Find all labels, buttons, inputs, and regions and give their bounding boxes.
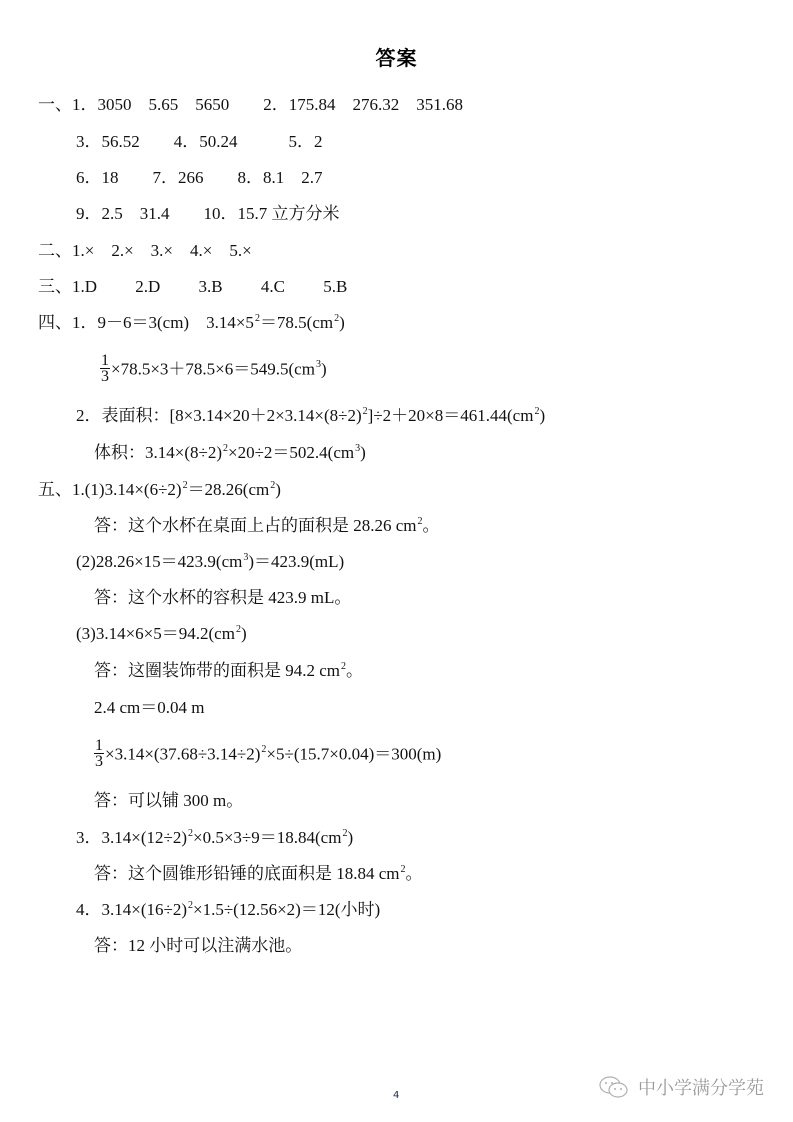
text-segment: (3)3.14×6×5＝94.2(cm bbox=[76, 624, 235, 643]
text-segment: 答：这个水杯的容积是 423.9 mL。 bbox=[94, 588, 351, 607]
text-segment: ) bbox=[339, 313, 345, 332]
superscript: 2 bbox=[270, 480, 275, 491]
text-segment: 3．3.14×(12÷2) bbox=[76, 828, 187, 847]
text-segment: ) bbox=[347, 828, 353, 847]
fraction: 13 bbox=[100, 353, 110, 384]
superscript: 2 bbox=[223, 443, 228, 454]
text-segment: ×20÷2＝502.4(cm bbox=[228, 443, 354, 462]
answer-line-s5-q2-ans: 答：可以铺 300 m。 bbox=[94, 790, 243, 812]
text-segment: 3．56.52 4．50.24 5．2 bbox=[76, 132, 323, 151]
text-segment: 答：可以铺 300 m。 bbox=[94, 791, 243, 810]
page-number: 4 bbox=[393, 1090, 399, 1101]
text-segment: 答：这圈装饰带的面积是 94.2 cm bbox=[94, 661, 340, 680]
text-segment: 一、1．3050 5.65 5650 2．175.84 276.32 351.6… bbox=[38, 95, 463, 114]
text-segment: ]÷2＋20×8＝461.44(cm bbox=[368, 406, 534, 425]
fraction-denominator: 3 bbox=[94, 754, 104, 769]
wechat-icon bbox=[598, 1075, 630, 1099]
text-segment: 四、1．9－6＝3(cm) 3.14×5 bbox=[38, 313, 254, 332]
answer-line-s5-q3: 3．3.14×(12÷2)2×0.5×3÷9＝18.84(cm2) bbox=[76, 827, 353, 852]
superscript: 2 bbox=[188, 828, 193, 839]
text-segment: 。 bbox=[423, 516, 440, 535]
text-segment: ) bbox=[539, 406, 545, 425]
superscript: 2 bbox=[418, 516, 423, 527]
superscript: 3 bbox=[355, 443, 360, 454]
text-segment: ×3.14×(37.68÷3.14÷2) bbox=[105, 744, 260, 763]
answer-line-s5-q4-ans: 答：12 小时可以注满水池。 bbox=[94, 935, 302, 957]
text-segment: )＝423.9(mL) bbox=[248, 552, 344, 571]
text-segment: ) bbox=[321, 359, 327, 378]
text-segment: ×78.5×3＋78.5×6＝549.5(cm bbox=[111, 359, 315, 378]
text-segment: ＝28.26(cm bbox=[188, 480, 270, 499]
text-segment: 体积：3.14×(8÷2) bbox=[94, 443, 222, 462]
text-segment: 4．3.14×(16÷2) bbox=[76, 900, 187, 919]
text-segment: 9．2.5 31.4 10．15.7 立方分米 bbox=[76, 204, 340, 223]
text-segment: 答：12 小时可以注满水池。 bbox=[94, 936, 302, 955]
superscript: 2 bbox=[261, 744, 266, 755]
answer-line-s5-q2-a: 2.4 cm＝0.04 m bbox=[94, 697, 205, 719]
watermark: 中小学满分学苑 bbox=[598, 1074, 764, 1100]
watermark-text: 中小学满分学苑 bbox=[638, 1074, 764, 1100]
fraction-denominator: 3 bbox=[100, 369, 110, 384]
superscript: 3 bbox=[243, 552, 248, 563]
fraction-numerator: 1 bbox=[100, 353, 110, 369]
text-segment: 。 bbox=[406, 864, 423, 883]
answer-line-s5-q2-b: 13×3.14×(37.68÷3.14÷2)2×5÷(15.7×0.04)＝30… bbox=[94, 740, 441, 771]
answer-line-s5-q4: 4．3.14×(16÷2)2×1.5÷(12.56×2)＝12(小时) bbox=[76, 899, 380, 924]
superscript: 2 bbox=[188, 900, 193, 911]
text-segment: 答：这个水杯在桌面上占的面积是 28.26 cm bbox=[94, 516, 417, 535]
answer-line-s5-q1-2-ans: 答：这个水杯的容积是 423.9 mL。 bbox=[94, 587, 351, 609]
fraction: 13 bbox=[94, 738, 104, 769]
answer-line-s5-q1-1-ans: 答：这个水杯在桌面上占的面积是 28.26 cm2。 bbox=[94, 515, 440, 540]
text-segment: ＝78.5(cm bbox=[260, 313, 333, 332]
text-segment: ×0.5×3÷9＝18.84(cm bbox=[193, 828, 341, 847]
answer-line-s1-row2: 3．56.52 4．50.24 5．2 bbox=[76, 131, 323, 153]
answer-line-s5-q3-ans: 答：这个圆锥形铅锤的底面积是 18.84 cm2。 bbox=[94, 863, 423, 888]
superscript: 2 bbox=[342, 828, 347, 839]
text-segment: ×1.5÷(12.56×2)＝12(小时) bbox=[193, 900, 380, 919]
superscript: 3 bbox=[316, 359, 321, 370]
text-segment: ) bbox=[360, 443, 366, 462]
answer-line-s1-row1: 一、1．3050 5.65 5650 2．175.84 276.32 351.6… bbox=[38, 94, 463, 116]
answer-line-s1-row3: 6．18 7．266 8．8.1 2.7 bbox=[76, 167, 323, 189]
text-segment: ×5÷(15.7×0.04)＝300(m) bbox=[266, 744, 441, 763]
text-segment: ) bbox=[275, 480, 281, 499]
superscript: 2 bbox=[255, 313, 260, 324]
superscript: 2 bbox=[363, 406, 368, 417]
superscript: 2 bbox=[534, 406, 539, 417]
answer-line-s4-q1-b: 13×78.5×3＋78.5×6＝549.5(cm3) bbox=[100, 355, 327, 386]
text-segment: 答：这个圆锥形铅锤的底面积是 18.84 cm bbox=[94, 864, 400, 883]
text-segment: 二、1.× 2.× 3.× 4.× 5.× bbox=[38, 241, 252, 260]
text-segment: 2.4 cm＝0.04 m bbox=[94, 698, 205, 717]
text-segment: 2．表面积：[8×3.14×20＋2×3.14×(8÷2) bbox=[76, 406, 362, 425]
text-segment: 6．18 7．266 8．8.1 2.7 bbox=[76, 168, 323, 187]
answer-line-s1-row4: 9．2.5 31.4 10．15.7 立方分米 bbox=[76, 203, 340, 225]
answer-line-s2: 二、1.× 2.× 3.× 4.× 5.× bbox=[38, 240, 252, 262]
answer-line-s5-q1-3-ans: 答：这圈装饰带的面积是 94.2 cm2。 bbox=[94, 660, 363, 685]
page-title: 答案 bbox=[0, 42, 793, 71]
text-segment: 。 bbox=[346, 661, 363, 680]
superscript: 2 bbox=[183, 480, 188, 491]
answer-line-s4-q2-b: 体积：3.14×(8÷2)2×20÷2＝502.4(cm3) bbox=[94, 442, 366, 467]
text-segment: ) bbox=[241, 624, 247, 643]
answer-line-s4-q2-a: 2．表面积：[8×3.14×20＋2×3.14×(8÷2)2]÷2＋20×8＝4… bbox=[76, 405, 545, 430]
answer-line-s5-q1-1: 五、1.(1)3.14×(6÷2)2＝28.26(cm2) bbox=[38, 479, 281, 504]
answer-line-s3: 三、1.D 2.D 3.B 4.C 5.B bbox=[38, 276, 347, 298]
answer-line-s5-q1-3: (3)3.14×6×5＝94.2(cm2) bbox=[76, 623, 247, 648]
superscript: 2 bbox=[236, 624, 241, 635]
superscript: 2 bbox=[334, 313, 339, 324]
text-segment: 三、1.D 2.D 3.B 4.C 5.B bbox=[38, 277, 347, 296]
superscript: 2 bbox=[401, 864, 406, 875]
text-segment: 五、1.(1)3.14×(6÷2) bbox=[38, 480, 182, 499]
answer-line-s5-q1-2: (2)28.26×15＝423.9(cm3)＝423.9(mL) bbox=[76, 551, 344, 576]
fraction-numerator: 1 bbox=[94, 738, 104, 754]
answer-line-s4-q1-a: 四、1．9－6＝3(cm) 3.14×52＝78.5(cm2) bbox=[38, 312, 345, 337]
text-segment: (2)28.26×15＝423.9(cm bbox=[76, 552, 242, 571]
superscript: 2 bbox=[341, 661, 346, 672]
